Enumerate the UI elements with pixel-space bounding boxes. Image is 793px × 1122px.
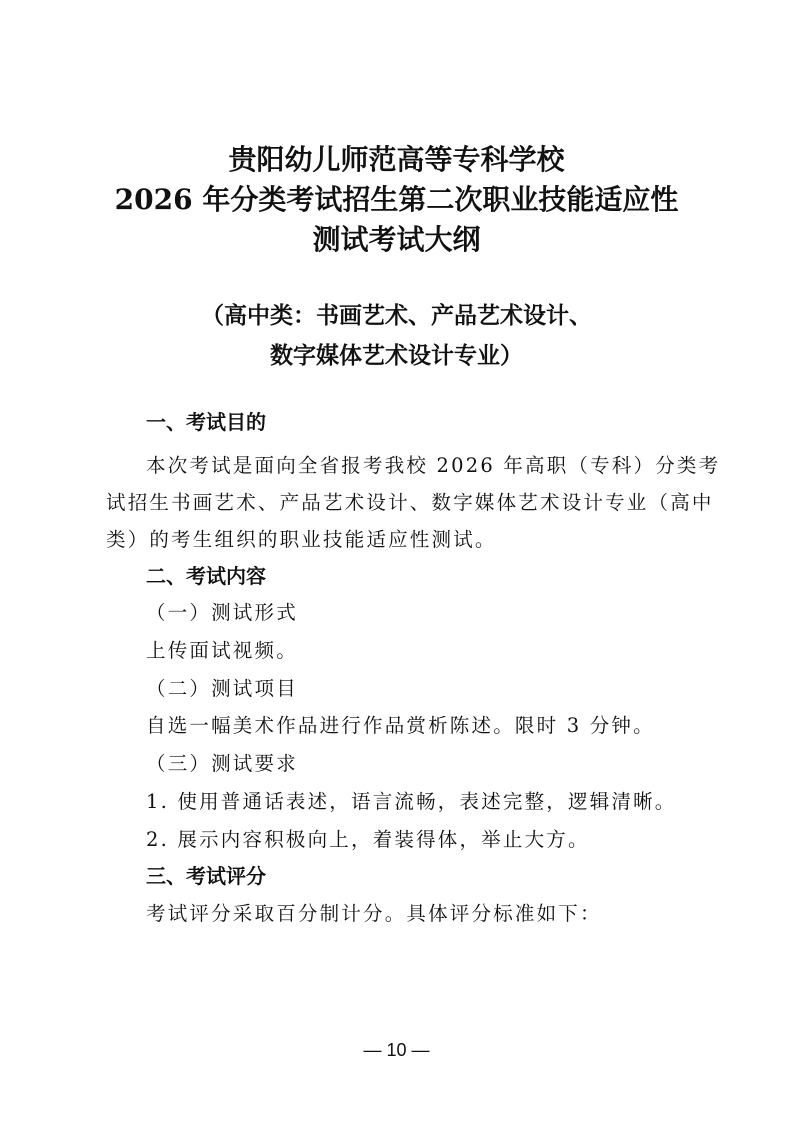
requirement-1: 1. 使用普通话表述，语言流畅，表述完整，逻辑清晰。	[146, 788, 677, 816]
subsection-1-heading: （一）测试形式	[146, 599, 298, 627]
title-line-2: 2026 年分类考试招生第二次职业技能适应性	[0, 180, 793, 220]
page-number: — 10 —	[0, 1040, 793, 1061]
subsection-2-text: 自选一幅美术作品进行作品赏析陈述。限时 3 分钟。	[146, 712, 655, 740]
section-1-para-line-1: 本次考试是面向全省报考我校 2026 年高职（专科）分类考	[146, 452, 720, 480]
title-line-3: 测试考试大纲	[0, 220, 793, 260]
subtitle-line-2: 数字媒体艺术设计专业）	[0, 336, 793, 376]
title-line-1: 贵阳幼儿师范高等专科学校	[0, 140, 793, 180]
section-3-heading: 三、考试评分	[146, 862, 266, 890]
section-1-heading: 一、考试目的	[146, 408, 266, 436]
section-2-heading: 二、考试内容	[146, 562, 266, 590]
requirement-2: 2. 展示内容积极向上，着装得体，举止大方。	[146, 826, 590, 854]
subsection-1-text: 上传面试视频。	[146, 637, 298, 665]
subsection-3-heading: （三）测试要求	[146, 750, 298, 778]
section-3-text: 考试评分采取百分制计分。具体评分标准如下：	[146, 900, 602, 928]
subtitle-line-1: （高中类：书画艺术、产品艺术设计、	[0, 296, 793, 336]
section-1-para-line-3: 类）的考生组织的职业技能适应性测试。	[106, 526, 497, 554]
section-1-para-line-2: 试招生书画艺术、产品艺术设计、数字媒体艺术设计专业（高中	[106, 489, 714, 517]
subsection-2-heading: （二）测试项目	[146, 675, 298, 703]
